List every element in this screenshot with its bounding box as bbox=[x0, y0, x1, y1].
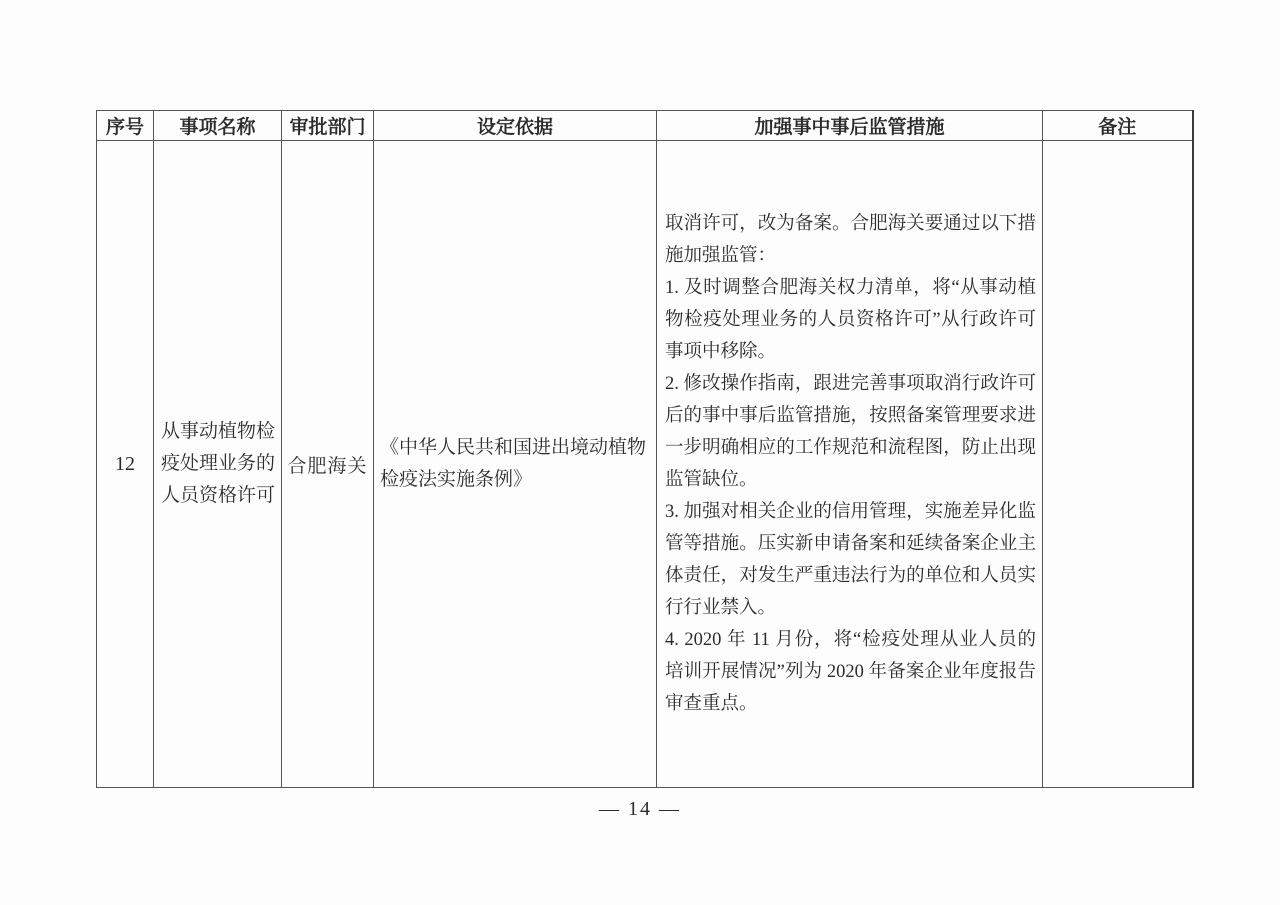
approval-items-table: 序号 事项名称 审批部门 设定依据 加强事中事后监管措施 备注 12 从事动植物… bbox=[96, 110, 1194, 788]
measure-paragraph-intro: 取消许可，改为备案。合肥海关要通过以下措施加强监管： bbox=[665, 208, 1036, 272]
header-supervision-measures: 加强事中事后监管措施 bbox=[657, 111, 1043, 141]
header-remark: 备注 bbox=[1043, 111, 1193, 141]
table-header-row: 序号 事项名称 审批部门 设定依据 加强事中事后监管措施 备注 bbox=[97, 111, 1193, 141]
cell-serial-number: 12 bbox=[97, 141, 154, 788]
document-page: 序号 事项名称 审批部门 设定依据 加强事中事后监管措施 备注 12 从事动植物… bbox=[0, 0, 1280, 905]
header-serial-number: 序号 bbox=[97, 111, 154, 141]
measure-paragraph-2: 2. 修改操作指南，跟进完善事项取消行政许可后的事中事后监管措施，按照备案管理要… bbox=[665, 368, 1036, 496]
measure-paragraph-4: 4. 2020 年 11 月份，将“检疫处理从业人员的培训开展情况”列为 202… bbox=[665, 624, 1036, 720]
table-row: 12 从事动植物检疫处理业务的人员资格许可 合肥海关 《中华人民共和国进出境动植… bbox=[97, 141, 1193, 788]
cell-approval-department: 合肥海关 bbox=[282, 141, 374, 788]
cell-remark bbox=[1043, 141, 1193, 788]
measure-paragraph-1: 1. 及时调整合肥海关权力清单，将“从事动植物检疫处理业务的人员资格许可”从行政… bbox=[665, 272, 1036, 368]
cell-supervision-measures: 取消许可，改为备案。合肥海关要通过以下措施加强监管： 1. 及时调整合肥海关权力… bbox=[657, 141, 1043, 788]
measure-paragraph-3: 3. 加强对相关企业的信用管理，实施差异化监管等措施。压实新申请备案和延续备案企… bbox=[665, 496, 1036, 624]
cell-legal-basis: 《中华人民共和国进出境动植物检疫法实施条例》 bbox=[374, 141, 657, 788]
page-number: — 14 — bbox=[0, 798, 1280, 821]
header-item-name: 事项名称 bbox=[154, 111, 282, 141]
cell-item-name: 从事动植物检疫处理业务的人员资格许可 bbox=[154, 141, 282, 788]
header-approval-department: 审批部门 bbox=[282, 111, 374, 141]
header-legal-basis: 设定依据 bbox=[374, 111, 657, 141]
